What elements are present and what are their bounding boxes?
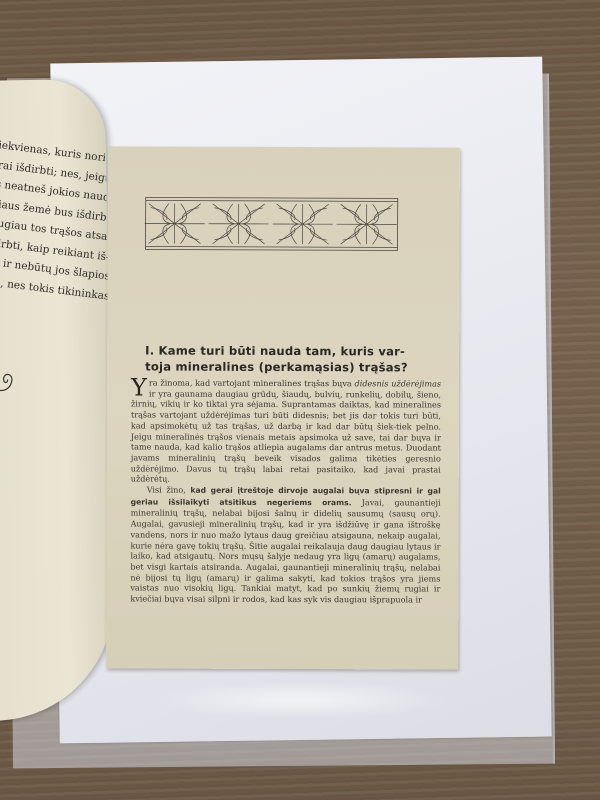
paragraph-2-text-a: Visi žino, [147, 485, 191, 495]
left-page-text: tiekvienas, kuris nori ni- erai išdirbti… [0, 136, 114, 305]
art-nouveau-border-ornament-icon [143, 195, 401, 254]
plastic-glare [150, 680, 450, 720]
left-page: tiekvienas, kuris nori ni- erai išdirbti… [0, 79, 116, 722]
body-text: Yra žinoma, kad vartojant mineralines tr… [130, 377, 441, 605]
paragraph-1-italic: didesnis uždėrėjimas [355, 378, 442, 388]
right-page: I. Kame turi būti nauda tam, kuris var- … [106, 146, 460, 669]
scroll-ornament-icon [0, 365, 20, 396]
paragraph-1-text-a: ra žinoma, kad vartojant mineralines trą… [149, 378, 355, 389]
heading-line-2: toja mineralines (perkamąsias) trąšas? [145, 359, 445, 376]
paragraph-2: Visi žino, kad gerai įtreštoje dirvoje a… [130, 485, 440, 606]
paragraph-1: Yra žinoma, kad vartojant mineralines tr… [131, 377, 441, 485]
paragraph-1-text-b: ir yra gaunama daugiau grūdų, šiaudų, bu… [131, 388, 441, 484]
paragraph-2-text-b: Javai, gaunantieji mineralinių trąšų, ne… [130, 497, 440, 605]
chapter-heading: I. Kame turi būti nauda tam, kuris var- … [145, 343, 445, 376]
drop-cap: Y [131, 377, 147, 397]
heading-line-1: I. Kame turi būti nauda tam, kuris var- [145, 343, 445, 360]
